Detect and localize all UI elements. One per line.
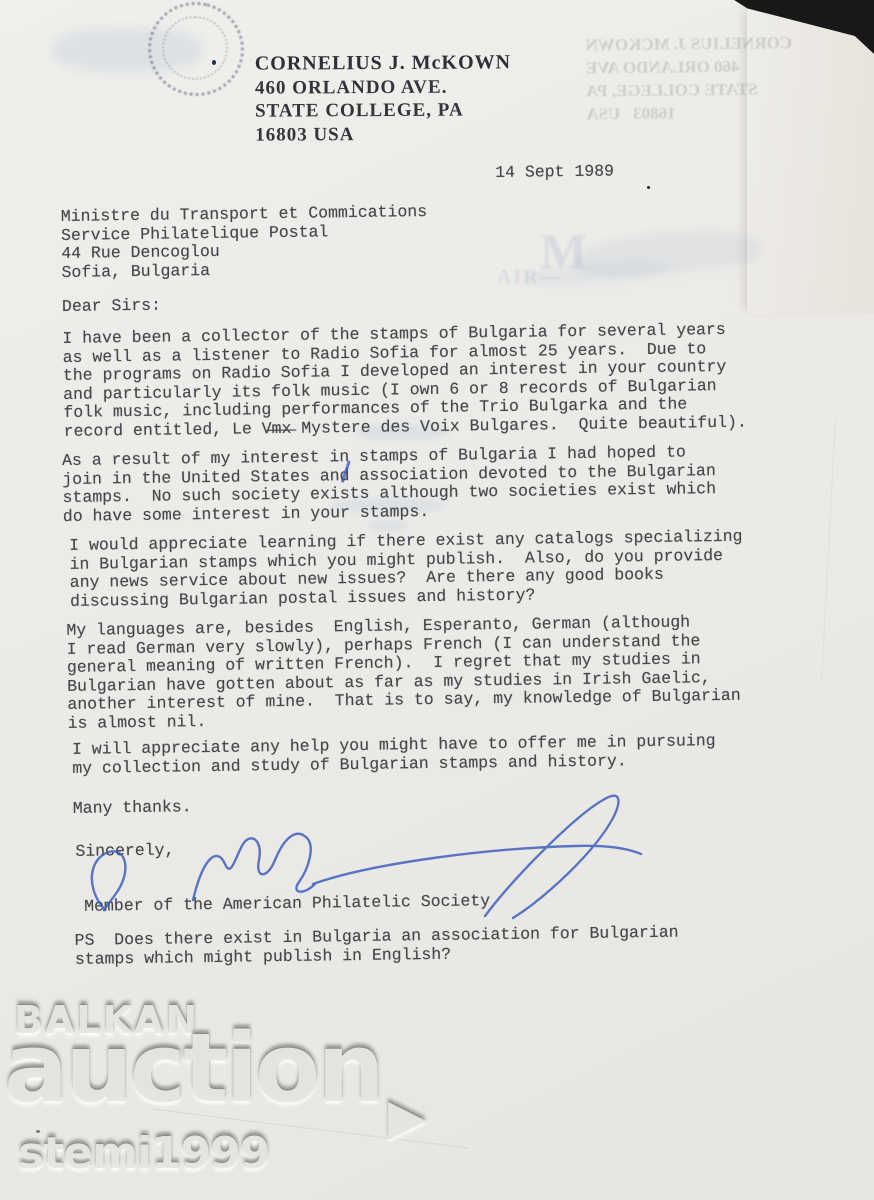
circular-postmark-inner-icon	[162, 16, 228, 80]
watermark-arrow-icon: ▶	[388, 1088, 426, 1146]
letterhead-block: CORNELIUS J. McKOWN 460 ORLANDO AVE. STA…	[255, 51, 512, 146]
scanned-letter-photo: CORNELIUS J. MCKOWN 460 ORLANDO AVE STAT…	[0, 0, 874, 1200]
watermark-stemi1999: stemi1999	[18, 1128, 269, 1179]
paragraph-2: As a result of my interest in stamps of …	[62, 443, 716, 526]
salutation: Dear Sirs:	[62, 297, 161, 317]
letterhead-city: STATE COLLEGE, PA	[255, 98, 511, 123]
letterhead-name: CORNELIUS J. McKOWN	[255, 51, 511, 76]
bleedthrough-mirrored-address: CORNELIUS J. MCKOWN 460 ORLANDO AVE STAT…	[586, 31, 867, 126]
handwritten-signature	[75, 788, 655, 923]
recipient-address: Ministre du Transport et Commications Se…	[61, 203, 428, 282]
letter-paper: CORNELIUS J. MCKOWN 460 ORLANDO AVE STAT…	[0, 0, 874, 1200]
watermark-auction: auction	[4, 1014, 382, 1124]
paragraph-1: I have been a collector of the stamps of…	[62, 321, 747, 442]
paragraph-4: My languages are, besides English, Esper…	[66, 613, 741, 734]
dust-speck	[212, 60, 216, 65]
letter-date: 14 Sept 1989	[495, 162, 614, 182]
paragraph-3: I would appreciate learning if there exi…	[69, 528, 743, 612]
postscript: PS Does there exist in Bulgaria an assoc…	[75, 924, 679, 969]
paper-crease	[821, 420, 836, 680]
paragraph-5: I will appreciate any help you might hav…	[72, 732, 716, 778]
letterhead-zip: 16803 USA	[255, 122, 511, 147]
letterhead-street: 460 ORLANDO AVE.	[255, 75, 511, 100]
